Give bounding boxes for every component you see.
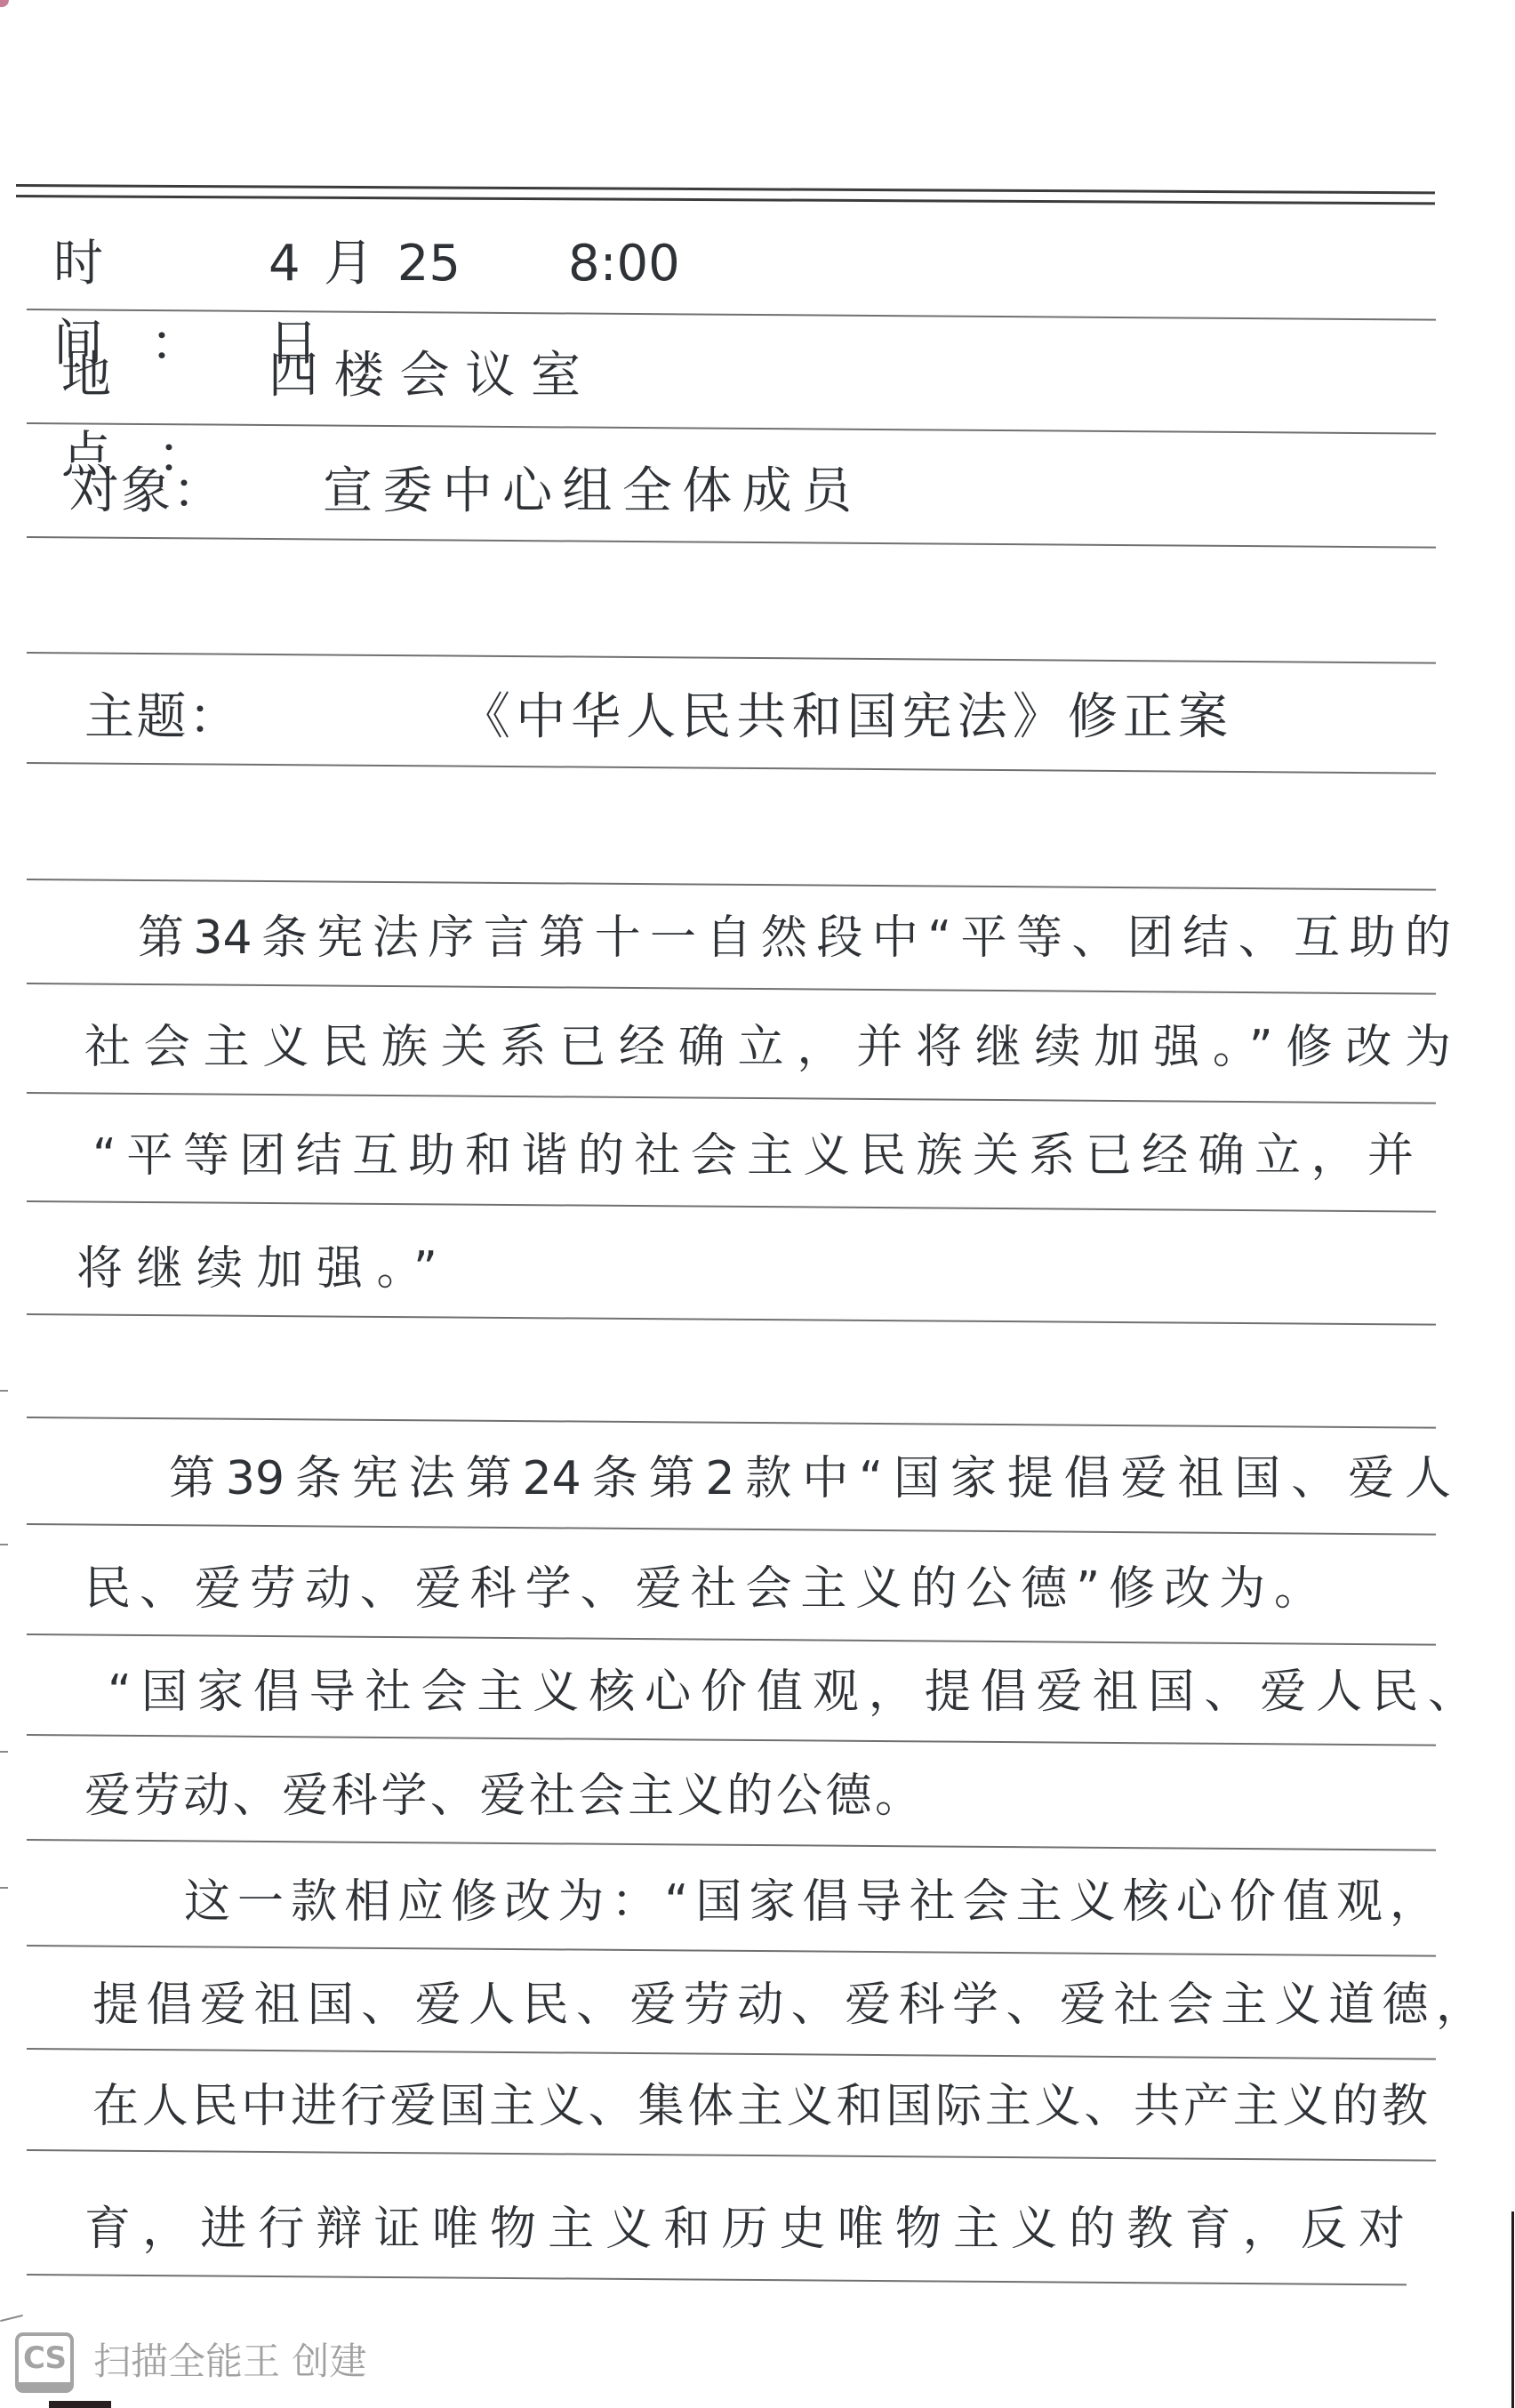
topic-label: 主题： xyxy=(84,678,238,758)
margin-tick xyxy=(0,1887,8,1889)
ruled-line xyxy=(27,1633,1436,1646)
ruled-line xyxy=(27,1523,1436,1536)
text-line: 第39条宪法第24条第2款中“国家提倡爱祖国、爱人 xyxy=(169,1439,1451,1519)
ruled-line xyxy=(27,1945,1436,1957)
text-line: “平等团结互助和谐的社会主义民族关系已经确立，并 xyxy=(92,1116,1414,1196)
meeting-date: 4月25日 xyxy=(269,224,461,304)
meeting-attendees: 宣委中心组全体成员 xyxy=(323,452,852,532)
ruled-line xyxy=(27,1839,1436,1851)
scan-corner-shadow xyxy=(49,2401,111,2408)
ruled-line xyxy=(27,983,1436,995)
ruled-line xyxy=(27,1200,1436,1213)
ruled-line xyxy=(27,762,1436,775)
ruled-line xyxy=(27,2149,1436,2162)
margin-tick xyxy=(0,1390,8,1392)
scan-edge-shadow xyxy=(1511,2211,1514,2408)
text-line: 爱劳动、爱科学、爱社会主义的公德。 xyxy=(84,1756,921,1836)
text-line: 将继续加强。” xyxy=(76,1229,437,1309)
time-label: 时间： xyxy=(53,224,200,304)
text-line: 这一款相应修改为：“国家倡导社会主义核心价值观， xyxy=(184,1862,1436,1942)
text-line: 在人民中进行爱国主义、集体主义和国际主义、共产主义的教 xyxy=(92,2067,1428,2147)
location-label: 地点： xyxy=(61,336,207,416)
meeting-topic: 《中华人民共和国宪法》修正案 xyxy=(461,678,1228,758)
ruled-line xyxy=(27,652,1436,664)
watermark-text: 扫描全能王 创建 xyxy=(93,2337,366,2387)
ruled-line xyxy=(27,309,1436,321)
attendees-label: 对象： xyxy=(69,452,222,532)
ruled-line xyxy=(27,2274,1407,2285)
text-line: 社会主义民族关系已经确立，并将继续加强。”修改为 xyxy=(84,1007,1451,1088)
ruled-line xyxy=(27,536,1436,549)
header-double-rule-upper xyxy=(16,184,1435,194)
text-line: “国家倡导社会主义核心价值观，提倡爱祖国、爱人民、 xyxy=(108,1652,1474,1732)
margin-tick xyxy=(0,1751,8,1753)
ruled-line xyxy=(27,1313,1436,1326)
header-double-rule-lower xyxy=(16,195,1435,205)
text-line: 第34条宪法序言第十一自然段中“平等、团结、互助的 xyxy=(138,898,1451,978)
corner-stain xyxy=(0,0,9,7)
margin-tick xyxy=(0,1544,8,1545)
meeting-time: 8:00 xyxy=(568,224,683,304)
text-line: 育，进行辩证唯物主义和历史唯物主义的教育，反对 xyxy=(84,2189,1405,2269)
notebook-page: 时间： 4月25日 8:00 地点： 四楼会议室 对象： 宣委中心组全体成员 主… xyxy=(0,0,1515,2408)
meeting-location: 四楼会议室 xyxy=(269,336,581,416)
ruled-line xyxy=(27,1092,1436,1104)
text-line: 提倡爱祖国、爱人民、爱劳动、爱科学、爱社会主义道德， xyxy=(92,1965,1482,2045)
text-line: 民、爱劳动、爱科学、爱社会主义的公德”修改为。 xyxy=(84,1549,1320,1629)
ruled-line xyxy=(27,879,1436,891)
camscanner-logo-icon: CS xyxy=(15,2332,74,2393)
ruled-line xyxy=(27,2048,1436,2060)
margin-tick xyxy=(0,2315,23,2322)
ruled-line xyxy=(27,1734,1436,1746)
ruled-line xyxy=(27,1417,1436,1429)
ruled-line xyxy=(27,422,1436,435)
